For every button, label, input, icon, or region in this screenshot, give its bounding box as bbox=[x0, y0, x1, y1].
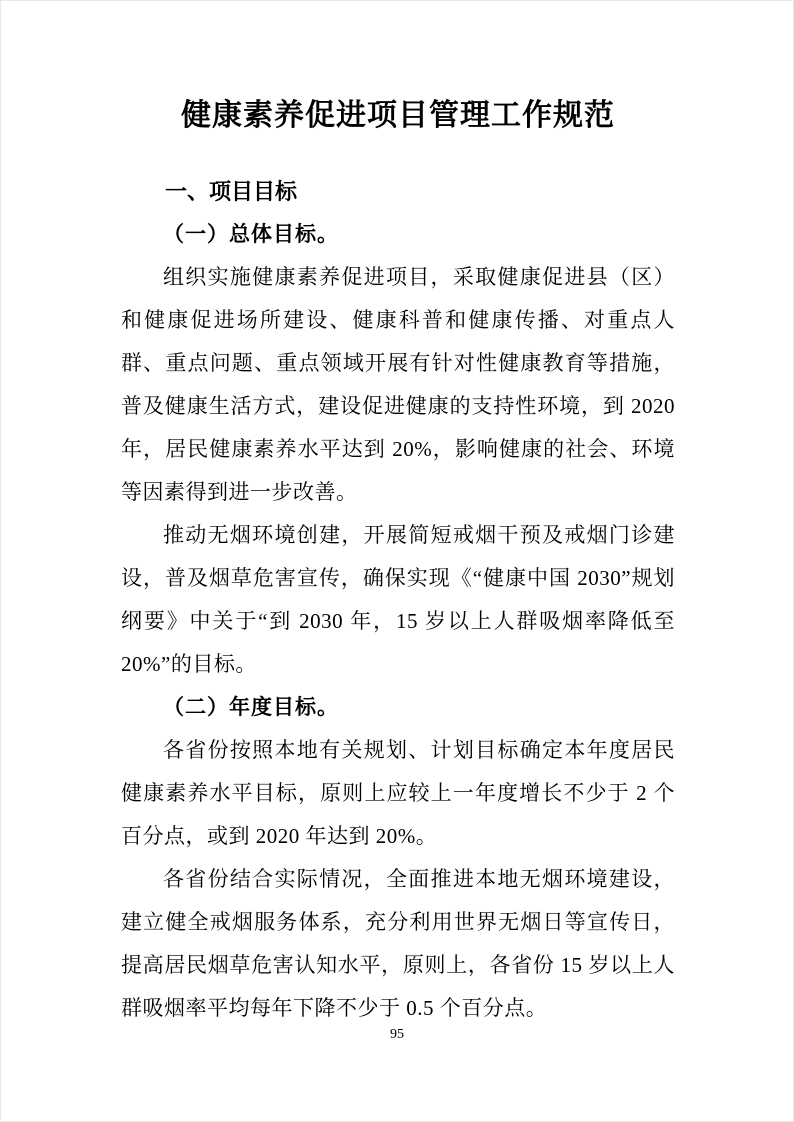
paragraph-overall-goal-2: 推动无烟环境创建，开展简短戒烟干预及戒烟门诊建设，普及烟草危害宣传，确保实现《“… bbox=[121, 514, 675, 686]
page-number: 95 bbox=[1, 1027, 793, 1043]
document-body: 一、项目目标 （一）总体目标。 组织实施健康素养促进项目，采取健康促进县（区）和… bbox=[121, 170, 675, 1030]
subsection-heading-overall-goal: （一）总体目标。 bbox=[121, 213, 675, 256]
paragraph-annual-goal-1: 各省份按照本地有关规划、计划目标确定本年度居民健康素养水平目标，原则上应较上一年… bbox=[121, 729, 675, 858]
document-page: 健康素养促进项目管理工作规范 一、项目目标 （一）总体目标。 组织实施健康素养促… bbox=[0, 0, 794, 1122]
section-heading-project-goals: 一、项目目标 bbox=[121, 170, 675, 213]
subsection-heading-annual-goal: （二）年度目标。 bbox=[121, 686, 675, 729]
paragraph-annual-goal-2: 各省份结合实际情况，全面推进本地无烟环境建设，建立健全戒烟服务体系，充分利用世界… bbox=[121, 858, 675, 1030]
document-title: 健康素养促进项目管理工作规范 bbox=[121, 95, 675, 137]
paragraph-overall-goal-1: 组织实施健康素养促进项目，采取健康促进县（区）和健康促进场所建设、健康科普和健康… bbox=[121, 256, 675, 514]
